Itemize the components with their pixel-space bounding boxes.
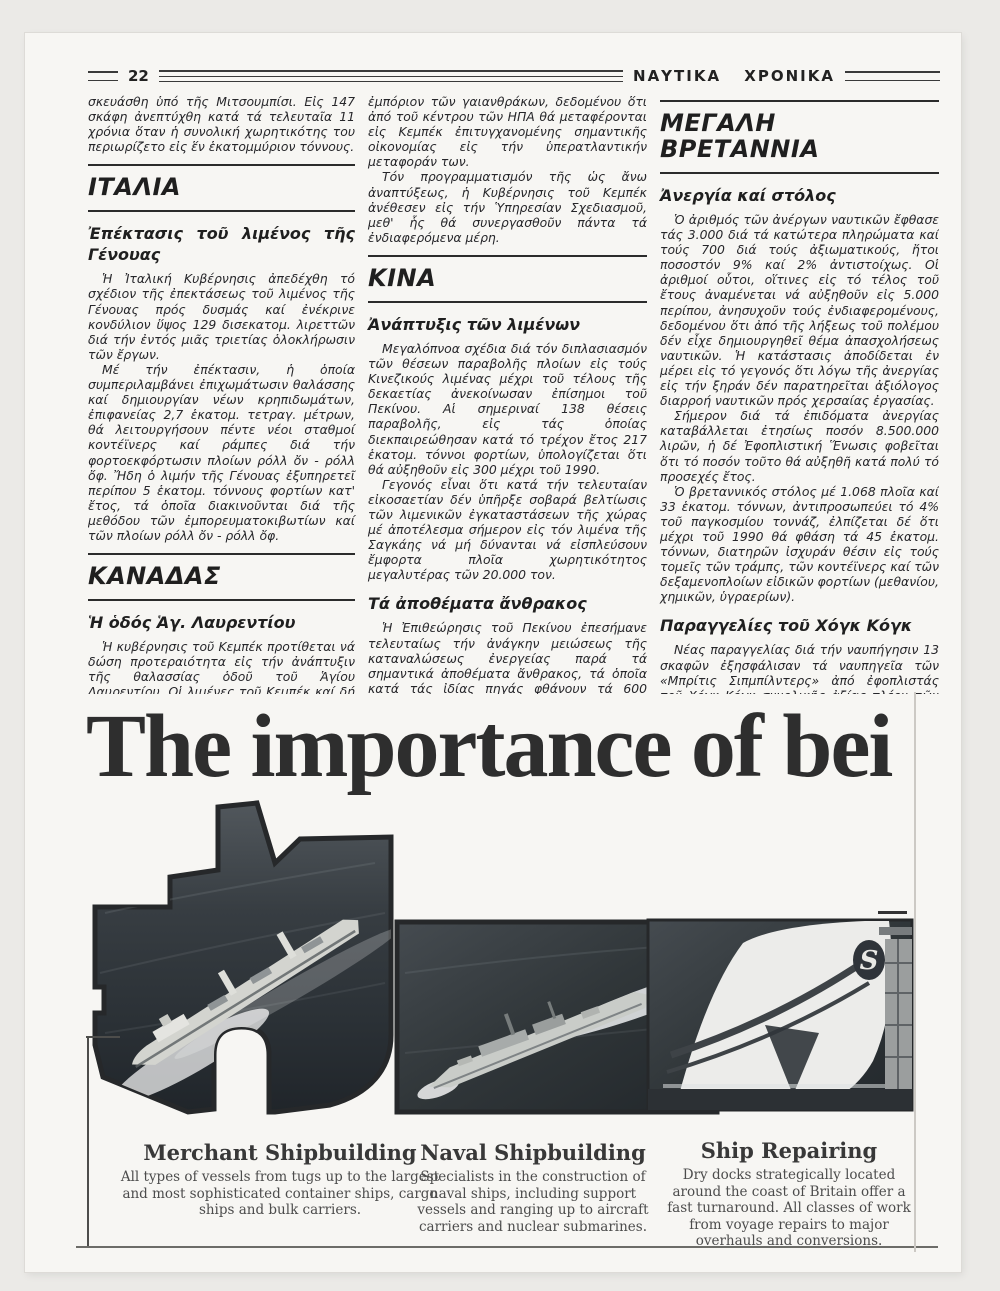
paragraph: Ἡ κυβέρνησις τοῦ Κεμπέκ προτίθεται νά δώ… — [88, 639, 355, 694]
caption-title: Merchant Shipbuilding — [118, 1140, 442, 1165]
caption-title: Naval Shipbuilding — [404, 1140, 662, 1165]
article-columns: σκευάσθη ὑπό τῆς Μιτσουμπίσι. Εἰς 147 σκ… — [88, 94, 939, 694]
merchant-ship-photo — [82, 803, 412, 1116]
ad-frame-top-left — [86, 1036, 120, 1038]
section-heading-china: ΚΙΝΑ — [368, 265, 647, 291]
column-2: ἐμπόριον τῶν γαιανθράκων, δεδομένου ὅτι … — [368, 94, 647, 694]
section-italy: ΙΤΑΛΙΑ — [88, 164, 355, 212]
paragraph: Ἡ Ἰταλική Κυβέρνησις ἀπεδέχθη τό σχέδιον… — [88, 271, 355, 362]
section-great-britain: ΜΕΓΑΛΗ ΒΡΕΤΑΝΝΙΑ — [660, 100, 939, 174]
header-rule-right — [845, 71, 940, 81]
paragraph: Ὁ ἀριθμός τῶν ἀνέργων ναυτικῶν ἔφθασε τά… — [660, 212, 939, 408]
caption-body: All types of vessels from tugs up to the… — [118, 1169, 442, 1219]
header-rule-middle — [159, 70, 623, 82]
paragraph: Ὁ βρεταννικός στόλος μέ 1.068 πλοῖα καί … — [660, 484, 939, 605]
subhead-hong-kong-orders: Παραγγελίες τοῦ Χόγκ Κόγκ — [660, 615, 939, 636]
column-1: σκευάσθη ὑπό τῆς Μιτσουμπίσι. Εἰς 147 σκ… — [88, 94, 355, 694]
continued-paragraph: σκευάσθη ὑπό τῆς Μιτσουμπίσι. Εἰς 147 σκ… — [88, 94, 355, 154]
section-heading-italy: ΙΤΑΛΙΑ — [88, 174, 355, 200]
subhead-ports-development: Ἀνάπτυξις τῶν λιμένων — [368, 314, 647, 335]
caption-body: Dry docks strategically located around t… — [660, 1167, 918, 1250]
bow-badge-letter: S — [860, 946, 879, 976]
subhead-coal-reserves: Τά ἀποθέματα ἄνθρακος — [368, 593, 647, 614]
header-rule-left — [88, 71, 118, 81]
ad-frame-left — [87, 1037, 89, 1247]
section-canada: ΚΑΝΑΔΑΣ — [88, 553, 355, 601]
section-heading-canada: ΚΑΝΑΔΑΣ — [88, 563, 355, 589]
ad-frame-top-right — [878, 911, 907, 914]
paragraph: Μεγαλόπνοα σχέδια διά τόν διπλασιασμόν τ… — [368, 341, 647, 477]
paragraph: Σήμερον διά τά ἐπιδόματα ἀνεργίας καταβά… — [660, 408, 939, 483]
magazine-page: { "header": { "page_number": "22", "mast… — [0, 0, 1000, 1291]
continued-paragraph: ἐμπόριον τῶν γαιανθράκων, δεδομένου ὅτι … — [368, 94, 647, 169]
caption-body: Specialists in the construction of naval… — [404, 1169, 662, 1235]
subhead-unemployment-fleet: Ἀνεργία καί στόλος — [660, 185, 939, 206]
column-3: ΜΕΓΑΛΗ ΒΡΕΤΑΝΝΙΑ Ἀνεργία καί στόλος Ὁ ἀρ… — [660, 94, 939, 694]
caption-merchant-shipbuilding: Merchant Shipbuilding All types of vesse… — [118, 1140, 442, 1219]
paragraph: Μέ τήν ἐπέκτασιν, ἡ ὁποία συμπεριλαμβάνε… — [88, 362, 355, 543]
masthead-title: ΝΑΥΤΙΚΑ ΧΡΟΝΙΚΑ — [633, 67, 835, 85]
caption-naval-shipbuilding: Naval Shipbuilding Specialists in the co… — [404, 1140, 662, 1235]
caption-ship-repairing: Ship Repairing Dry docks strategically l… — [660, 1138, 918, 1250]
ship-bow-drydock-photo: S — [648, 920, 912, 1110]
paragraph: Τόν προγραμματισμόν τῆς ὡς ἄνω ἀναπτύξεω… — [368, 169, 647, 244]
paragraph: Νέας παραγγελίας διά τήν ναυπήγησιν 13 σ… — [660, 642, 939, 694]
paragraph: Γεγονός εἶναι ὅτι κατά τήν τελευταίαν εἰ… — [368, 477, 647, 583]
ad-photo-montage: S — [75, 793, 920, 1118]
subhead-genoa-port: Ἐπέκτασις τοῦ λιμένος τῆς Γένουας — [88, 223, 355, 265]
subhead-st-lawrence: Ἡ ὁδός Ἁγ. Λαυρεντίου — [88, 612, 355, 633]
page-header: 22 ΝΑΥΤΙΚΑ ΧΡΟΝΙΚΑ — [88, 66, 940, 86]
section-heading-great-britain: ΜΕΓΑΛΗ ΒΡΕΤΑΝΝΙΑ — [660, 110, 939, 162]
section-china: ΚΙΝΑ — [368, 255, 647, 303]
ad-headline: The importance of bei — [86, 700, 912, 796]
paragraph: Ἡ Ἐπιθεώρησις τοῦ Πεκίνου ἐπεσήμανε τελε… — [368, 620, 647, 694]
page-number: 22 — [128, 67, 149, 85]
caption-title: Ship Repairing — [660, 1138, 918, 1163]
